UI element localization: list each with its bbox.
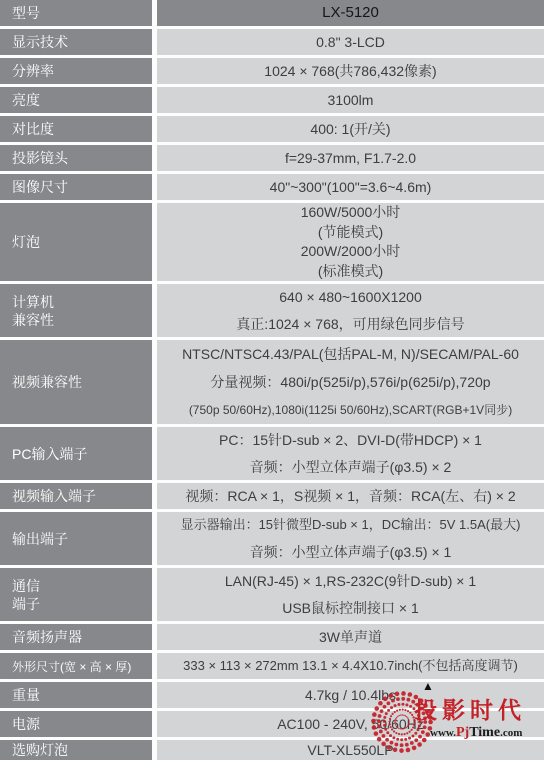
spec-label: 电源	[0, 711, 152, 737]
spec-label: 分辨率	[0, 58, 152, 84]
spec-table: 型号LX-5120显示技术0.8" 3-LCD分辨率1024 × 768(共78…	[0, 0, 544, 760]
spec-value: VLT-XL550LP	[157, 740, 544, 760]
spec-label: 视频输入端子	[0, 483, 152, 509]
spec-value: 4.7kg / 10.4lbs	[157, 682, 544, 708]
spec-label: 亮度	[0, 87, 152, 113]
table-row: 外形尺寸(宽 × 高 × 厚)333 × 113 × 272mm 13.1 × …	[0, 653, 544, 679]
spec-value: 333 × 113 × 272mm 13.1 × 4.4X10.7inch(不包…	[157, 653, 544, 679]
table-row: 选购灯泡VLT-XL550LP	[0, 740, 544, 760]
table-row: 图像尺寸40"~300"(100"=3.6~4.6m)	[0, 174, 544, 200]
table-row: 计算机兼容性640 × 480~1600X1200真正:1024 × 768，可…	[0, 284, 544, 337]
table-row: 投影镜头f=29-37mm, F1.7-2.0	[0, 145, 544, 171]
table-row: 灯泡160W/5000小时(节能模式)200W/2000小时(标准模式)	[0, 203, 544, 281]
spec-label: PC输入端子	[0, 427, 152, 480]
spec-label: 视频兼容性	[0, 340, 152, 424]
table-row: 音频扬声器3W单声道	[0, 624, 544, 650]
table-row: 分辨率1024 × 768(共786,432像素)	[0, 58, 544, 84]
table-row: PC输入端子PC：15针D-sub × 2、DVI-D(带HDCP) × 1音频…	[0, 427, 544, 480]
table-row: 视频输入端子视频：RCA × 1，S视频 × 1，音频：RCA(左、右) × 2	[0, 483, 544, 509]
table-row: 重量4.7kg / 10.4lbs	[0, 682, 544, 708]
spec-label: 通信端子	[0, 568, 152, 621]
spec-label: 对比度	[0, 116, 152, 142]
table-row: 对比度400: 1(开/关)	[0, 116, 544, 142]
spec-label: 灯泡	[0, 203, 152, 281]
spec-value: AC100 - 240V, 50/60Hz	[157, 711, 544, 737]
table-row: 电源AC100 - 240V, 50/60Hz	[0, 711, 544, 737]
spec-value: LX-5120	[157, 0, 544, 26]
spec-value: NTSC/NTSC4.43/PAL(包括PAL-M, N)/SECAM/PAL-…	[157, 340, 544, 424]
spec-value: 160W/5000小时(节能模式)200W/2000小时(标准模式)	[157, 203, 544, 281]
table-row: 视频兼容性NTSC/NTSC4.43/PAL(包括PAL-M, N)/SECAM…	[0, 340, 544, 424]
table-row: 输出端子显示器输出：15针微型D-sub × 1，DC输出：5V 1.5A(最大…	[0, 512, 544, 565]
spec-label: 型号	[0, 0, 152, 26]
spec-label: 图像尺寸	[0, 174, 152, 200]
table-row: 亮度3100lm	[0, 87, 544, 113]
spec-label: 显示技术	[0, 29, 152, 55]
spec-label: 计算机兼容性	[0, 284, 152, 337]
spec-value: 视频：RCA × 1，S视频 × 1，音频：RCA(左、右) × 2	[157, 483, 544, 509]
spec-value: 1024 × 768(共786,432像素)	[157, 58, 544, 84]
spec-value: LAN(RJ-45) × 1,RS-232C(9针D-sub) × 1USB鼠标…	[157, 568, 544, 621]
spec-value: 3100lm	[157, 87, 544, 113]
spec-value: PC：15针D-sub × 2、DVI-D(带HDCP) × 1音频：小型立体声…	[157, 427, 544, 480]
table-row: 显示技术0.8" 3-LCD	[0, 29, 544, 55]
spec-label: 投影镜头	[0, 145, 152, 171]
spec-label: 选购灯泡	[0, 740, 152, 760]
spec-label: 音频扬声器	[0, 624, 152, 650]
spec-value: 40"~300"(100"=3.6~4.6m)	[157, 174, 544, 200]
spec-value: 640 × 480~1600X1200真正:1024 × 768，可用绿色同步信…	[157, 284, 544, 337]
spec-label: 重量	[0, 682, 152, 708]
spec-value: f=29-37mm, F1.7-2.0	[157, 145, 544, 171]
spec-value: 400: 1(开/关)	[157, 116, 544, 142]
spec-label: 输出端子	[0, 512, 152, 565]
spec-value: 3W单声道	[157, 624, 544, 650]
spec-value: 显示器输出：15针微型D-sub × 1，DC输出：5V 1.5A(最大)音频：…	[157, 512, 544, 565]
spec-label: 外形尺寸(宽 × 高 × 厚)	[0, 653, 152, 679]
spec-value: 0.8" 3-LCD	[157, 29, 544, 55]
table-row: 通信端子LAN(RJ-45) × 1,RS-232C(9针D-sub) × 1U…	[0, 568, 544, 621]
table-row: 型号LX-5120	[0, 0, 544, 26]
